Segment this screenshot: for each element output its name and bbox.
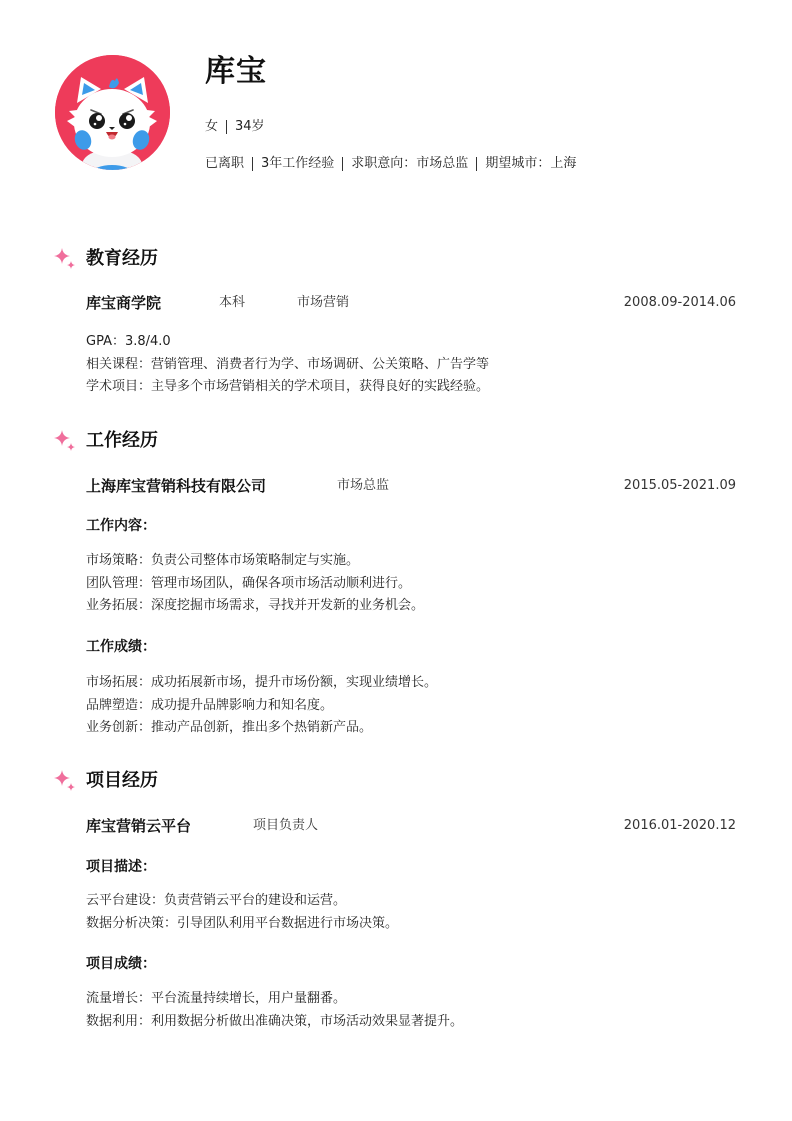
basic-info: 女 34岁 xyxy=(205,118,265,136)
education-date: 2008.09-2014.06 xyxy=(624,294,736,312)
list-item: 团队管理：管理市场团队，确保各项市场活动顺利进行。 xyxy=(86,573,424,596)
list-item: 数据分析决策：引导团队利用平台数据进行市场决策。 xyxy=(86,913,398,936)
list-item: 品牌塑造：成功提升品牌影响力和知名度。 xyxy=(86,695,437,718)
expected-city: 期望城市：上海 xyxy=(485,155,576,173)
section-heading: 工作经历 xyxy=(86,429,158,453)
company-name: 上海库宝营销科技有限公司 xyxy=(86,475,266,497)
list-item: 市场策略：负责公司整体市场策略制定与实施。 xyxy=(86,550,424,573)
project-achievements-list: 流量增长：平台流量持续增长，用户量翻番。 数据利用：利用数据分析做出准确决策，市… xyxy=(86,988,463,1033)
list-item: 数据利用：利用数据分析做出准确决策，市场活动效果显著提升。 xyxy=(86,1011,463,1034)
project-date: 2016.01-2020.12 xyxy=(624,817,736,835)
list-item: 业务拓展：深度挖掘市场需求，寻找并开发新的业务机会。 xyxy=(86,595,424,618)
work-achievements-list: 市场拓展：成功拓展新市场，提升市场份额，实现业绩增长。 品牌塑造：成功提升品牌影… xyxy=(86,672,437,740)
divider xyxy=(252,157,253,171)
age: 34岁 xyxy=(235,118,265,136)
section-project-title: 项目经历 xyxy=(52,768,158,794)
project-achievements-heading: 项目成绩： xyxy=(86,954,156,974)
gpa: GPA：3.8/4.0 xyxy=(86,331,489,354)
courses: 相关课程：营销管理、消费者行为学、市场调研、公关策略、广告学等 xyxy=(86,354,489,377)
list-item: 市场拓展：成功拓展新市场，提升市场份额，实现业绩增长。 xyxy=(86,672,437,695)
sparkle-icon xyxy=(52,768,78,794)
gender: 女 xyxy=(205,118,218,136)
major: 市场营销 xyxy=(297,294,349,312)
section-heading: 教育经历 xyxy=(86,247,158,271)
employment-status: 已离职 xyxy=(205,155,244,173)
project-role: 项目负责人 xyxy=(253,817,318,835)
project-desc-heading: 项目描述： xyxy=(86,857,156,877)
resume-page: 库宝 女 34岁 已离职 3年工作经验 求职意向：市场总监 期望城市：上海 教育… xyxy=(0,0,792,1121)
list-item: 流量增长：平台流量持续增长，用户量翻番。 xyxy=(86,988,463,1011)
academic-projects: 学术项目：主导多个市场营销相关的学术项目，获得良好的实践经验。 xyxy=(86,376,489,399)
work-entry-header: 上海库宝营销科技有限公司 市场总监 2015.05-2021.09 xyxy=(86,475,738,497)
position: 市场总监 xyxy=(337,477,389,495)
sparkle-icon xyxy=(52,246,78,272)
candidate-name: 库宝 xyxy=(205,52,267,92)
divider xyxy=(226,120,227,134)
project-name: 库宝营销云平台 xyxy=(86,815,191,837)
project-desc-list: 云平台建设：负责营销云平台的建设和运营。 数据分析决策：引导团队利用平台数据进行… xyxy=(86,890,398,935)
work-date: 2015.05-2021.09 xyxy=(624,477,736,495)
project-entry-header: 库宝营销云平台 项目负责人 2016.01-2020.12 xyxy=(86,815,738,837)
divider xyxy=(476,157,477,171)
job-info: 已离职 3年工作经验 求职意向：市场总监 期望城市：上海 xyxy=(205,155,576,173)
avatar xyxy=(55,55,170,170)
work-content-list: 市场策略：负责公司整体市场策略制定与实施。 团队管理：管理市场团队，确保各项市场… xyxy=(86,550,424,618)
list-item: 云平台建设：负责营销云平台的建设和运营。 xyxy=(86,890,398,913)
school-name: 库宝商学院 xyxy=(86,292,161,314)
education-details: GPA：3.8/4.0 相关课程：营销管理、消费者行为学、市场调研、公关策略、广… xyxy=(86,331,489,399)
education-entry-header: 库宝商学院 本科 市场营销 2008.09-2014.06 xyxy=(86,292,738,314)
work-achievements-heading: 工作成绩： xyxy=(86,637,156,657)
sparkle-icon xyxy=(52,428,78,454)
section-work-title: 工作经历 xyxy=(52,428,158,454)
section-education-title: 教育经历 xyxy=(52,246,158,272)
list-item: 业务创新：推动产品创新，推出多个热销新产品。 xyxy=(86,717,437,740)
degree: 本科 xyxy=(219,294,245,312)
work-content-heading: 工作内容： xyxy=(86,516,156,536)
cartoon-cat-avatar-icon xyxy=(55,55,170,170)
work-experience: 3年工作经验 xyxy=(261,155,334,173)
divider xyxy=(342,157,343,171)
section-heading: 项目经历 xyxy=(86,769,158,793)
job-intent: 求职意向：市场总监 xyxy=(351,155,468,173)
